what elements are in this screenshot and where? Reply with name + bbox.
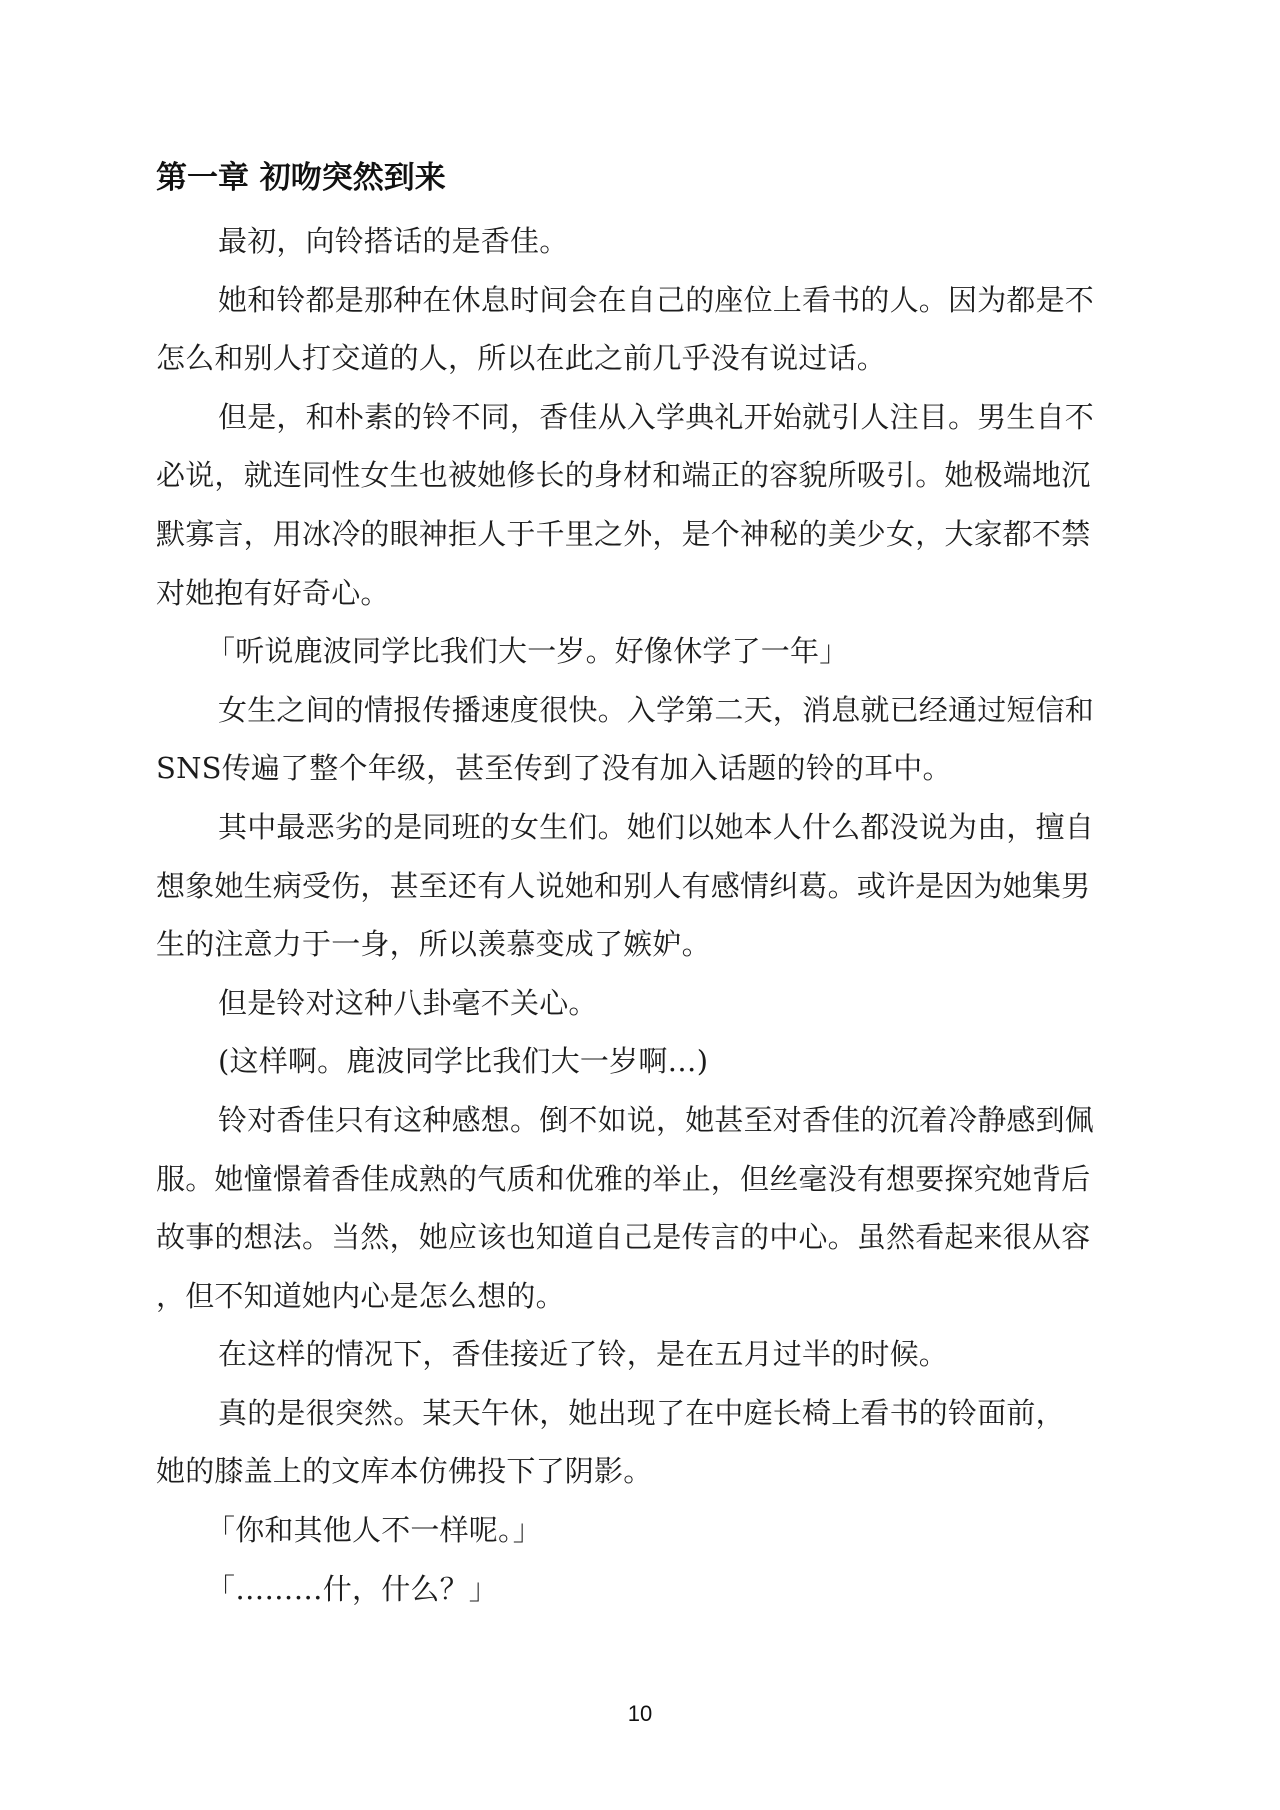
text-line: 在这样的情况下，香佳接近了铃，是在五月过半的时候。 xyxy=(156,1325,1126,1384)
body-text: 最初，向铃搭话的是香佳。 她和铃都是那种在休息时间会在自己的座位上看书的人。因为… xyxy=(156,212,1126,1618)
text-line: 怎么和别人打交道的人，所以在此之前几乎没有说过话。 xyxy=(156,329,1126,388)
text-line: 她和铃都是那种在休息时间会在自己的座位上看书的人。因为都是不 xyxy=(156,271,1126,330)
text-line: 她的膝盖上的文库本仿佛投下了阴影。 xyxy=(156,1442,1126,1501)
chapter-title: 第一章 初吻突然到来 xyxy=(156,158,446,198)
text-line: SNS传遍了整个年级，甚至传到了没有加入话题的铃的耳中。 xyxy=(156,739,1126,798)
text-line: 想象她生病受伤，甚至还有人说她和别人有感情纠葛。或许是因为她集男 xyxy=(156,857,1126,916)
text-line: 真的是很突然。某天午休，她出现了在中庭长椅上看书的铃面前， xyxy=(156,1384,1126,1443)
text-line: 最初，向铃搭话的是香佳。 xyxy=(156,212,1126,271)
text-line: 女生之间的情报传播速度很快。入学第二天，消息就已经通过短信和 xyxy=(156,681,1126,740)
text-line: 服。她憧憬着香佳成熟的气质和优雅的举止，但丝毫没有想要探究她背后 xyxy=(156,1150,1126,1209)
text-line: 但是，和朴素的铃不同，香佳从入学典礼开始就引人注目。男生自不 xyxy=(156,388,1126,447)
text-line: 其中最恶劣的是同班的女生们。她们以她本人什么都没说为由，擅自 xyxy=(156,798,1126,857)
document-page: 第一章 初吻突然到来 最初，向铃搭话的是香佳。 她和铃都是那种在休息时间会在自己… xyxy=(0,0,1280,1810)
text-line: 但是铃对这种八卦毫不关心。 xyxy=(156,974,1126,1033)
thought-line: (这样啊。鹿波同学比我们大一岁啊…) xyxy=(156,1032,1126,1091)
text-line: 生的注意力于一身，所以羡慕变成了嫉妒。 xyxy=(156,915,1126,974)
text-line: 必说，就连同性女生也被她修长的身材和端正的容貌所吸引。她极端地沉 xyxy=(156,446,1126,505)
page-number: 10 xyxy=(0,1700,1280,1728)
dialogue-line: 「听说鹿波同学比我们大一岁。好像休学了一年」 xyxy=(156,622,1126,681)
text-line: 默寡言，用冰冷的眼神拒人于千里之外，是个神秘的美少女，大家都不禁 xyxy=(156,505,1126,564)
text-line: ，但不知道她内心是怎么想的。 xyxy=(156,1267,1126,1326)
text-line: 故事的想法。当然，她应该也知道自己是传言的中心。虽然看起来很从容 xyxy=(156,1208,1126,1267)
text-line: 对她抱有好奇心。 xyxy=(156,564,1126,623)
text-line: 铃对香佳只有这种感想。倒不如说，她甚至对香佳的沉着冷静感到佩 xyxy=(156,1091,1126,1150)
dialogue-line: 「………什，什么？」 xyxy=(156,1560,1126,1619)
dialogue-line: 「你和其他人不一样呢。」 xyxy=(156,1501,1126,1560)
